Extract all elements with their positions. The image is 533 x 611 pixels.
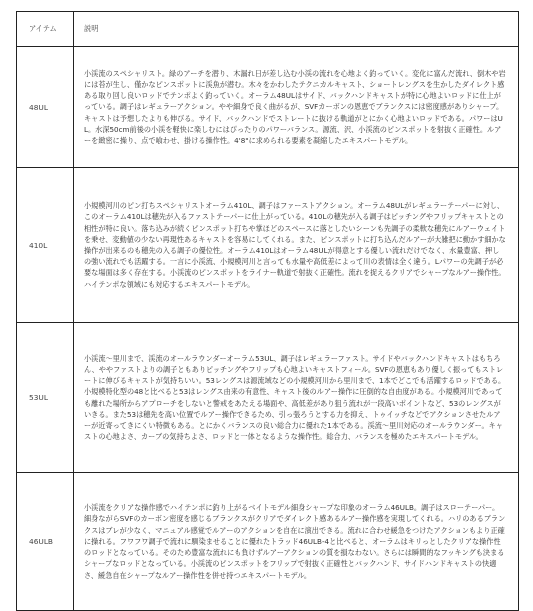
column-header-description: 説明	[74, 12, 519, 47]
description-cell: 小渓流〜里川まで、渓流のオールラウンダーオーラム53UL、調子はレギュラーファス…	[74, 323, 519, 473]
item-cell: 53UL	[17, 323, 74, 473]
table-header-row: アイテム 説明	[17, 12, 519, 47]
description-cell: 小渓流をクリアな操作感でハイテンポに釣り上がるベイトモデル細身シャープな印象のオ…	[74, 473, 519, 534]
item-cell: 48UL	[17, 47, 74, 168]
spec-table-container: アイテム 説明 48UL 小渓流のスペシャリスト。緑のアーチを潜り、木漏れ日が差…	[16, 11, 518, 533]
description-cell: 小渓流のスペシャリスト。緑のアーチを潜り、木漏れ日が差し込む小渓の流れを心地よく…	[74, 47, 519, 168]
table-row: 48UL 小渓流のスペシャリスト。緑のアーチを潜り、木漏れ日が差し込む小渓の流れ…	[17, 47, 519, 168]
item-cell: 410L	[17, 168, 74, 323]
table-row: 46ULB 小渓流をクリアな操作感でハイテンポに釣り上がるベイトモデル細身シャー…	[17, 473, 519, 534]
table-row: 410L 小規模河川のピン打ちスペシャリストオーラム410L、調子はファーストア…	[17, 168, 519, 323]
spec-table: アイテム 説明 48UL 小渓流のスペシャリスト。緑のアーチを潜り、木漏れ日が差…	[16, 11, 519, 533]
description-cell: 小規模河川のピン打ちスペシャリストオーラム410L、調子はファーストアクション。…	[74, 168, 519, 323]
table-row: 53UL 小渓流〜里川まで、渓流のオールラウンダーオーラム53UL、調子はレギュ…	[17, 323, 519, 473]
column-header-item: アイテム	[17, 12, 74, 47]
item-cell: 46ULB	[17, 473, 74, 534]
